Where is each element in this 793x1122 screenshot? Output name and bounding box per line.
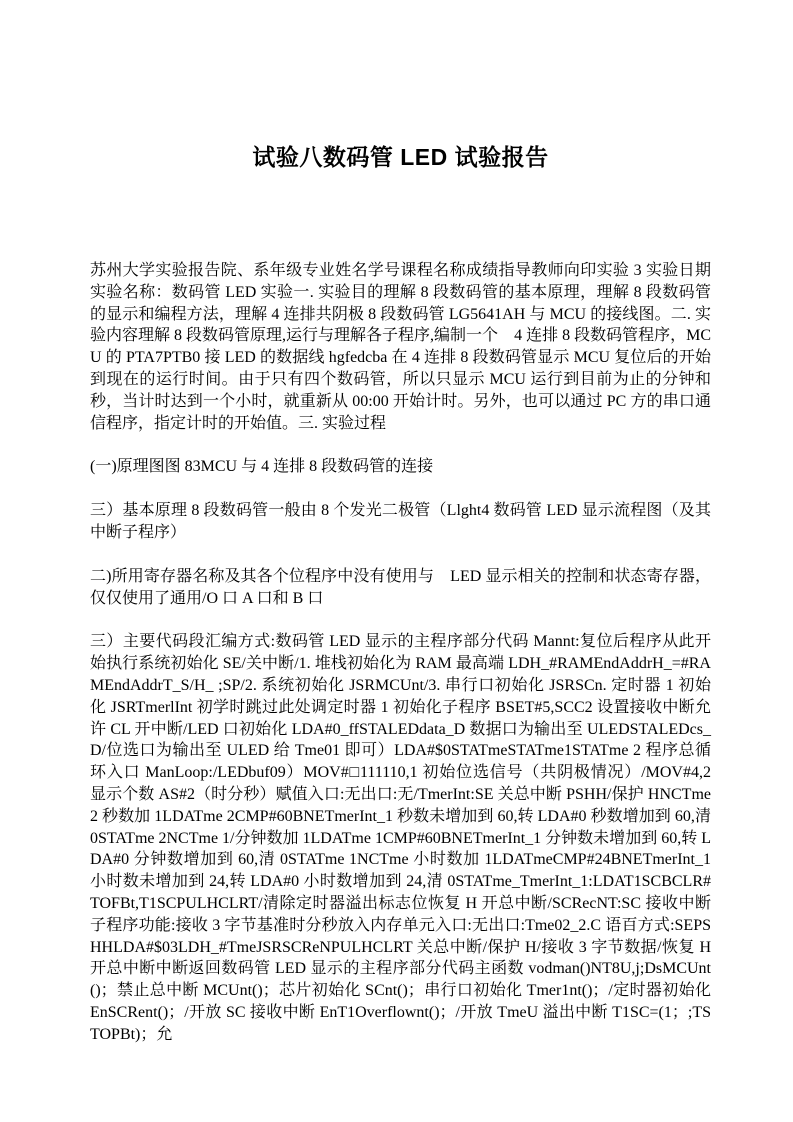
document-body: 苏州大学实验报告院、系年级专业姓名学号课程名称成绩指导教师向印实验 3 实验日期…: [90, 260, 711, 1046]
paragraph-registers: 二)所用寄存器名称及其各个位程序中没有使用与 LED 显示相关的控制和状态寄存器…: [90, 566, 711, 610]
document-title: 试验八数码管 LED 试验报告: [90, 140, 711, 174]
paragraph-intro: 苏州大学实验报告院、系年级专业姓名学号课程名称成绩指导教师向印实验 3 实验日期…: [90, 260, 711, 434]
paragraph-main-code: 三）主要代码段汇编方式:数码管 LED 显示的主程序部分代码 Mannt:复位后…: [90, 631, 711, 1045]
document-content: 试验八数码管 LED 试验报告 苏州大学实验报告院、系年级专业姓名学号课程名称成…: [90, 0, 711, 1068]
document-page: 试验八数码管 LED 试验报告 苏州大学实验报告院、系年级专业姓名学号课程名称成…: [0, 0, 793, 1122]
paragraph-basic-principle: 三）基本原理 8 段数码管一般由 8 个发光二极管（Llght4 数码管 LED…: [90, 500, 711, 544]
paragraph-schematic: (一)原理图图 83MCU 与 4 连排 8 段数码管的连接: [90, 456, 711, 478]
